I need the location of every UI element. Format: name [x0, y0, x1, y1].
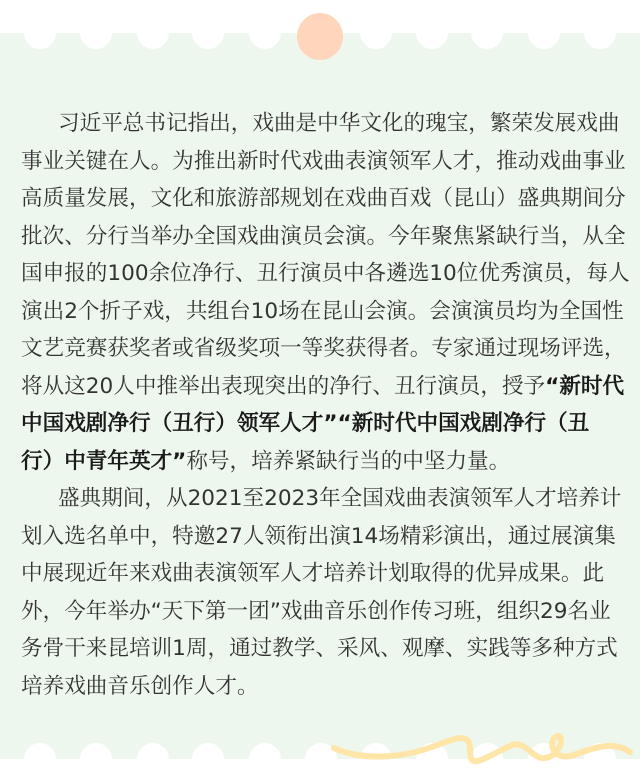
text-line: 培养戏曲音乐创作人才。	[21, 668, 621, 706]
text-line: 批次、分行当举办全国戏曲演员会演。今年聚焦紧缺行当，从全	[21, 218, 621, 256]
body-text: 高质量发展，文化和旅游部规划在戏曲百戏（昆山）盛典期间分	[21, 186, 626, 211]
text-line: 习近平总书记指出，戏曲是中华文化的瑰宝，繁荣发展戏曲	[21, 105, 621, 143]
body-text: 务骨干来昆培训1周，通过教学、采风、观摩、实践等多种方式	[21, 636, 618, 661]
text-line: 外，今年举办“天下第一团”戏曲音乐创作传习班，组织29名业	[21, 593, 621, 631]
yellow-squiggle-icon	[320, 730, 640, 779]
text-line: 事业关键在人。为推出新时代戏曲表演领军人才，推动戏曲事业	[21, 143, 621, 181]
text-line: 中国戏剧净行（丑行）领军人才”“新时代中国戏剧净行（丑	[21, 405, 621, 443]
highlighted-title-text: “新时代	[545, 374, 624, 399]
text-line: 国申报的100余位净行、丑行演员中各遴选10位优秀演员，每人	[21, 255, 621, 293]
scallop-decoration	[249, 743, 281, 779]
scallop-decoration	[192, 743, 224, 779]
text-line: 务骨干来昆培训1周，通过教学、采风、观摩、实践等多种方式	[21, 630, 621, 668]
body-text: 划入选名单中，特邀27人领衔出演14场精彩演出，通过展演集	[21, 524, 616, 549]
scallop-decoration	[24, 17, 56, 49]
body-text: 将从这20人中推举出表现突出的净行、丑行演员，授予	[21, 374, 545, 399]
text-line: 盛典期间，从2021至2023年全国戏曲表演领军人才培养计	[21, 480, 621, 518]
body-text: 批次、分行当举办全国戏曲演员会演。今年聚焦紧缺行当，从全	[21, 224, 626, 249]
body-text: 培养戏曲音乐创作人才。	[21, 674, 259, 699]
text-line: 高质量发展，文化和旅游部规划在戏曲百戏（昆山）盛典期间分	[21, 180, 621, 218]
scallop-decoration	[137, 743, 169, 779]
scallop-decoration	[249, 17, 281, 49]
scallop-decoration	[80, 743, 112, 779]
body-text: 国申报的100余位净行、丑行演员中各遴选10位优秀演员，每人	[21, 261, 630, 286]
text-line: 演出2个折子戏，共组台10场在昆山会演。会演演员均为全国性	[21, 293, 621, 331]
body-text: 事业关键在人。为推出新时代戏曲表演领军人才，推动戏曲事业	[21, 149, 626, 174]
scallop-decoration	[528, 17, 560, 49]
scallop-decoration	[360, 17, 392, 49]
text-line: 中展现近年来戏曲表演领军人才培养计划取得的优异成果。此	[21, 555, 621, 593]
scallop-decoration	[416, 17, 448, 49]
body-text: 中展现近年来戏曲表演领军人才培养计划取得的优异成果。此	[21, 561, 604, 586]
paragraph-1: 习近平总书记指出，戏曲是中华文化的瑰宝，繁荣发展戏曲事业关键在人。为推出新时代戏…	[21, 105, 621, 480]
scallop-decoration	[80, 17, 112, 49]
scallop-decoration	[137, 17, 169, 49]
article-body: 习近平总书记指出，戏曲是中华文化的瑰宝，繁荣发展戏曲事业关键在人。为推出新时代戏…	[21, 105, 621, 705]
body-text: 盛典期间，从2021至2023年全国戏曲表演领军人才培养计	[58, 486, 621, 511]
body-text: 文艺竞赛获奖者或省级奖项一等奖获得者。专家通过现场评选，	[21, 336, 626, 361]
peach-circle-icon	[297, 13, 343, 60]
text-line: 划入选名单中，特邀27人领衔出演14场精彩演出，通过展演集	[21, 518, 621, 556]
body-text: 习近平总书记指出，戏曲是中华文化的瑰宝，繁荣发展戏曲	[58, 111, 619, 136]
paragraph-2: 盛典期间，从2021至2023年全国戏曲表演领军人才培养计划入选名单中，特邀27…	[21, 480, 621, 705]
body-text: 外，今年举办“天下第一团”戏曲音乐创作传习班，组织29名业	[21, 599, 611, 624]
highlighted-title-text: 行）中青年英才”	[21, 449, 186, 474]
highlighted-title-text: 中国戏剧净行（丑行）领军人才”“新时代中国戏剧净行（丑	[21, 411, 589, 436]
scallop-decoration	[192, 17, 224, 49]
scallop-decoration	[24, 743, 56, 779]
text-line: 行）中青年英才”称号，培养紧缺行当的中坚力量。	[21, 443, 621, 481]
scallop-decoration	[471, 17, 503, 49]
scallop-decoration	[584, 17, 616, 49]
body-text: 演出2个折子戏，共组台10场在昆山会演。会演演员均为全国性	[21, 299, 624, 324]
text-line: 将从这20人中推举出表现突出的净行、丑行演员，授予“新时代	[21, 368, 621, 406]
text-line: 文艺竞赛获奖者或省级奖项一等奖获得者。专家通过现场评选，	[21, 330, 621, 368]
body-text: 称号，培养紧缺行当的中坚力量。	[186, 449, 510, 474]
